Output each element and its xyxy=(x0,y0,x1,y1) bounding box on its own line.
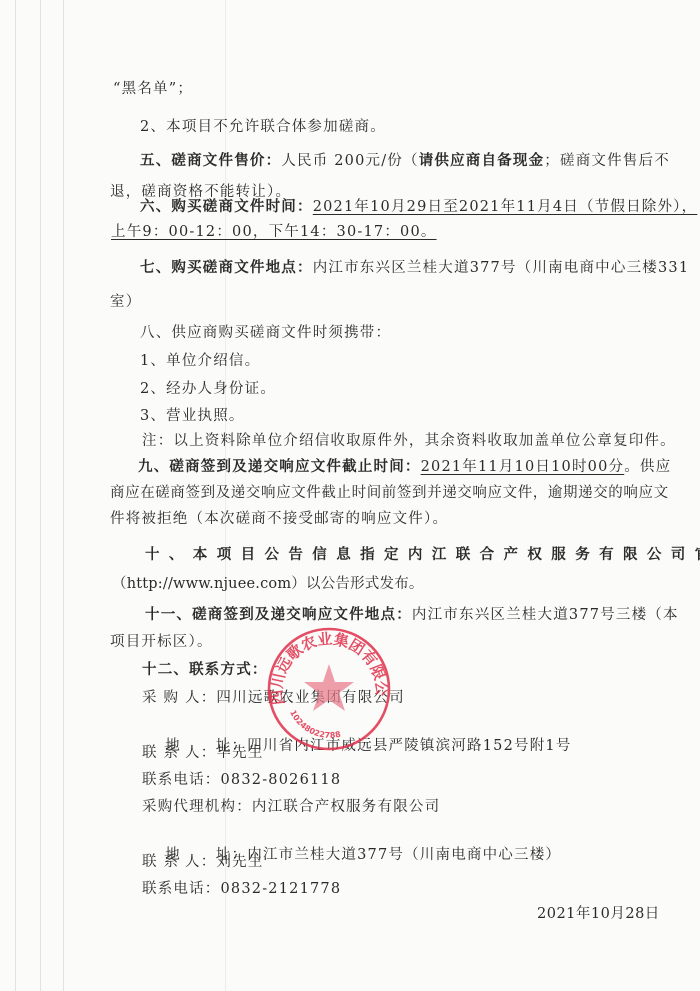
section-5-bold-note: 请供应商自备现金 xyxy=(419,152,545,169)
section-5-tail: ；磋商文件售后不 xyxy=(544,153,670,169)
agency-phone: 0832-2121778 xyxy=(221,881,342,897)
agency-name: 内江联合产权服务有限公司 xyxy=(252,799,440,815)
section-7: 七、购买磋商文件地点：内江市东兴区兰桂大道377号（川南电商中心三楼331 xyxy=(140,258,689,278)
agency-label: 采购代理机构： xyxy=(142,799,252,815)
section-6: 六、购买磋商文件时间：2021年10月29日至2021年11月4日（节假日除外）… xyxy=(140,197,697,217)
blacklist-text: “黑名单”； xyxy=(113,79,193,99)
section-10-url-line: （http://www.njuee.com）以公告形式发布。 xyxy=(112,574,424,594)
buyer-phone-label: 联系电话： xyxy=(142,772,221,788)
agency-contact: 刘先生 xyxy=(216,854,263,870)
section-9: 九、磋商签到及递交响应文件截止时间：2021年11月10日10时00分。供应 xyxy=(138,457,671,477)
section-6-dates: 2021年10月29日至2021年11月4日（节假日除外）， xyxy=(313,199,698,215)
section-5: 五、磋商文件售价：人民币 200元/份（请供应商自备现金；磋商文件售后不 xyxy=(140,151,670,171)
item-2: 2、本项目不允许联合体参加磋商。 xyxy=(140,117,386,137)
buyer-phone: 0832-8026118 xyxy=(221,772,342,788)
section-7-heading: 七、购买磋商文件地点： xyxy=(140,259,313,276)
buyer-address: 四川省内江市威远县严陵镇滨河路152号附1号 xyxy=(247,738,571,754)
buyer-phone-row: 联系电话：0832-8026118 xyxy=(142,770,341,790)
section-8-note: 注：以上资料除单位介绍信收取原件外，其余资料收取加盖单位公章复印件。 xyxy=(142,431,676,451)
agency-phone-row: 联系电话：0832-2121778 xyxy=(142,879,341,899)
section-10-tail: 以公告形式发布。 xyxy=(306,576,424,592)
document-page: “黑名单”； 2、本项目不允许联合体参加磋商。 五、磋商文件售价：人民币 200… xyxy=(0,0,700,991)
section-9-tail: 。供应 xyxy=(624,459,671,475)
section-11-heading: 十一、磋商签到及递交响应文件地点： xyxy=(145,606,412,623)
section-7-continued: 室） xyxy=(110,292,141,312)
section-8-item-2: 2、经办人身份证。 xyxy=(140,379,276,399)
agency-row: 采购代理机构：内江联合产权服务有限公司 xyxy=(142,797,440,817)
agency-address: 内江市兰桂大道377号（川南电商中心三楼） xyxy=(247,847,561,863)
section-7-address: 内江市东兴区兰桂大道377号（川南电商中心三楼331 xyxy=(313,260,690,276)
agency-contact-row: 联 系 人：刘先生 xyxy=(142,852,264,872)
section-9-heading: 九、磋商签到及递交响应文件截止时间： xyxy=(138,458,421,475)
section-11-continued: 项目开标区）。 xyxy=(110,632,213,652)
section-11-address: 内江市东兴区兰桂大道377号三楼（本 xyxy=(412,607,679,623)
section-5-heading: 五、磋商文件售价： xyxy=(140,152,281,169)
buyer-contact: 毕先生 xyxy=(216,745,263,761)
section-8-item-3: 3、营业执照。 xyxy=(140,406,245,426)
section-9-continued-2: 件将被拒绝（本次磋商不接受邮寄的响应文件）。 xyxy=(110,509,448,529)
agency-phone-label: 联系电话： xyxy=(142,881,221,897)
section-6-heading: 六、购买磋商文件时间： xyxy=(140,198,313,215)
section-9-continued-1: 商应在磋商签到及递交响应文件截止时间前签到并递交响应文件，逾期递交的响应文 xyxy=(110,483,669,503)
buyer-label: 采 购 人： xyxy=(142,690,216,706)
buyer-row: 采 购 人：四川远歌农业集团有限公司 xyxy=(142,688,405,708)
section-9-deadline: 2021年11月10日10时00分 xyxy=(421,459,625,475)
section-8-item-1: 1、单位介绍信。 xyxy=(140,351,260,371)
section-6-hours: 上午9：00-12：00，下午14：30-17：00。 xyxy=(111,222,437,242)
section-5-price: 人民币 200元/份（ xyxy=(281,153,418,169)
section-10-heading: 十、本项目公告信息指定内江联合产权服务有限公司官网 xyxy=(145,545,700,565)
agency-contact-label: 联 系 人： xyxy=(142,854,216,870)
section-12-heading: 十二、联系方式： xyxy=(142,660,268,680)
buyer-name: 四川远歌农业集团有限公司 xyxy=(216,690,404,706)
official-website-url: （http://www.njuee.com） xyxy=(112,576,306,592)
buyer-contact-label: 联 系 人： xyxy=(142,745,216,761)
section-8-heading: 八、供应商购买磋商文件时须携带： xyxy=(140,323,391,343)
document-date: 2021年10月28日 xyxy=(537,904,660,924)
buyer-contact-row: 联 系 人：毕先生 xyxy=(142,743,264,763)
section-11: 十一、磋商签到及递交响应文件地点：内江市东兴区兰桂大道377号三楼（本 xyxy=(145,605,679,625)
